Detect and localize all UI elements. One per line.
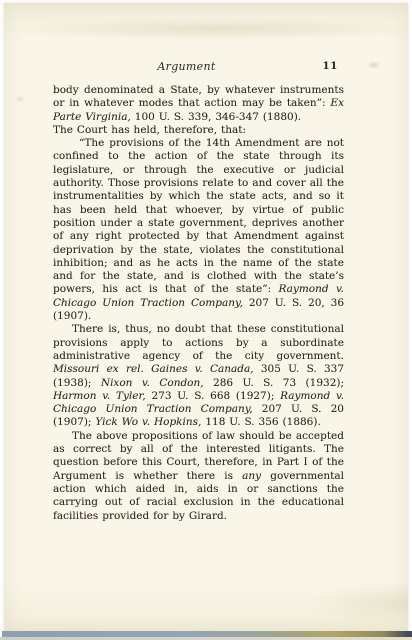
- page-number: 11: [322, 60, 338, 72]
- running-title: Argument: [53, 60, 320, 73]
- page-header: Argument 11: [53, 60, 344, 76]
- paragraph-block-quote: “The provisions of the 14th Amendment ar…: [53, 137, 344, 323]
- page-text-block: body denominated a State, by whatever in…: [53, 84, 344, 523]
- paragraph-body-citations: There is, thus, no doubt that these cons…: [53, 323, 344, 429]
- scanned-page-background: { "colors": { "paper": "#f9f6e9", "paper…: [0, 0, 412, 640]
- paragraph-lead-in: The Court has held, therefore, that:: [53, 124, 344, 137]
- paragraph-body-conclusion: The above propositions of law should be …: [53, 430, 344, 523]
- paragraph-quote-continuation: body denominated a State, by whatever in…: [53, 84, 344, 124]
